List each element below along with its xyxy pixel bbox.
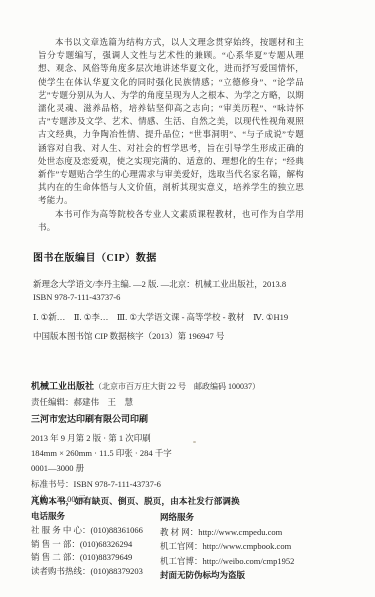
- format-line: 184mm × 260mm · 11.5 印张 · 284 千字: [31, 446, 331, 461]
- network-service-header: 网络服务: [160, 510, 341, 525]
- scan-speck: [193, 441, 196, 443]
- anti-piracy-notice: 封面无防伪标均为盗版: [160, 568, 341, 582]
- publisher-name: 机械工业出版社: [31, 381, 94, 391]
- phone-service-row: 销 售 一 部：(010)68326294: [31, 538, 160, 552]
- cip-block: 图书在版编目（CIP）数据 新理念大学语文/李丹主编. —2 版. —北京：机械…: [33, 249, 311, 343]
- cip-entry: 新理念大学语文/李丹主编. —2 版. —北京：机械工业出版社，2013.8: [33, 278, 311, 291]
- phone-service-row: 读者购书热线：(010)88379203: [31, 565, 160, 579]
- network-service-column: 网络服务 教 材 网：http://www.cmpedu.com 机工官网：ht…: [160, 510, 341, 583]
- service-block: 凡购本书，如有缺页、倒页、脱页，由本社发行部调换 电话服务 社 服 务 中 心：…: [31, 495, 341, 583]
- abstract-usage-note: 本书可作为高等院校各专业人文素质课程教材，也可作为自学用书。: [38, 208, 304, 234]
- cip-isbn: ISBN 978-7-111-43737-6: [33, 291, 311, 304]
- publisher-address: （北京市百万庄大街 22 号 邮政编码 100037）: [94, 382, 260, 391]
- book-copyright-page: 本书以文章选篇为结构方式，以人文理念贯穿始终，按题材和主旨分专题编写，强调人文性…: [0, 0, 375, 597]
- cip-heading: 图书在版编目（CIP）数据: [33, 249, 311, 264]
- network-service-row: 机工官网：http://www.cmpbook.com: [160, 539, 341, 553]
- cip-record-number: 中国版本图书馆 CIP 数据核字（2013）第 196947 号: [33, 330, 311, 343]
- book-abstract: 本书以文章选篇为结构方式，以人文理念贯穿始终，按题材和主旨分专题编写，强调人文性…: [38, 36, 304, 234]
- edition-line: 2013 年 9 月第 2 版 · 第 1 次印刷: [31, 431, 331, 446]
- service-columns: 电话服务 社 服 务 中 心：(010)88361066 销 售 一 部：(01…: [31, 510, 341, 583]
- phone-service-header: 电话服务: [31, 510, 160, 524]
- cip-classification: Ⅰ. ①新… Ⅱ. ①李… Ⅲ. ①大学语文课 - 高等学校 - 教材 Ⅳ. ①…: [33, 311, 311, 324]
- print-run-line: 0001—3000 册: [31, 461, 331, 476]
- phone-service-row: 销 售 二 部：(010)88379649: [31, 551, 160, 565]
- colophon-block: 机械工业出版社（北京市百万庄大街 22 号 邮政编码 100037） 责任编辑：…: [31, 379, 331, 507]
- printer-line: 三河市宏达印刷有限公司印刷: [31, 412, 331, 426]
- network-service-row: 教 材 网：http://www.cmpedu.com: [160, 525, 341, 539]
- phone-service-column: 电话服务 社 服 务 中 心：(010)88361066 销 售 一 部：(01…: [31, 510, 160, 583]
- editors-line: 责任编辑：郝建伟 王 慧: [31, 395, 331, 409]
- network-service-row: 机工官博：http://weibo.com/cmp1952: [160, 554, 341, 568]
- book-number-line: 标准书号：ISBN 978-7-111-43737-6: [31, 477, 331, 492]
- phone-service-row: 社 服 务 中 心：(010)88361066: [31, 524, 160, 538]
- publisher-line: 机械工业出版社（北京市百万庄大街 22 号 邮政编码 100037）: [31, 379, 331, 394]
- replacement-notice: 凡购本书，如有缺页、倒页、脱页，由本社发行部调换: [31, 495, 341, 507]
- abstract-paragraph: 本书以文章选篇为结构方式，以人文理念贯穿始终，按题材和主旨分专题编写，强调人文性…: [38, 36, 304, 208]
